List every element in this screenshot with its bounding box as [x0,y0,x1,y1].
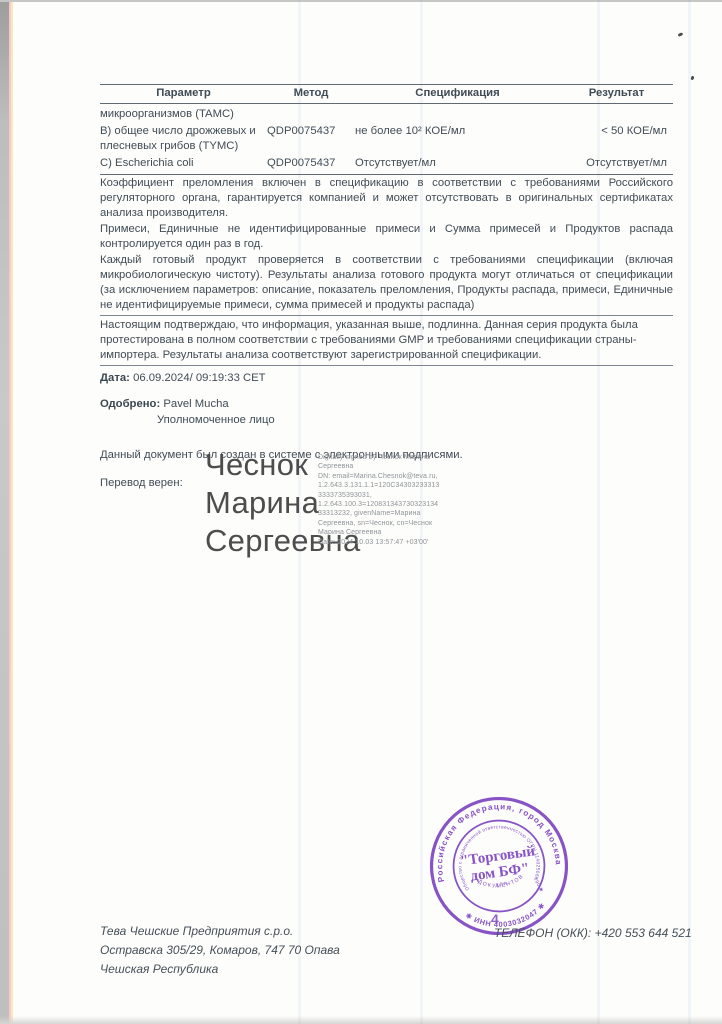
note-impurities: Примеси, Единичные не идентифицированные… [100,222,673,252]
signature-detail-line: Марина Сергеевна [318,528,460,537]
signature-detail-line: 3333735393031, [318,491,460,500]
document-page: Параметр Метод Спецификация Результат ми… [0,0,722,1024]
approver-role: Уполномоченное лицо [157,413,673,428]
company-stamp-icon: Российская Федерация, город Москва ✱ ИНН… [419,786,579,946]
footer-phone: ТЕЛЕФОН (ОКК): +420 553 644 521 [494,926,692,940]
date-line: Дата: 06.09.2024/ 09:19:33 CET [100,371,673,386]
approval-label: Одобрено: [100,398,160,410]
signature-detail-line: 1.2.643.3.131.1.1=120C34303233313 [318,481,460,490]
table-row: микроорганизмов (TAMC) [100,104,673,123]
scan-edge-bottom [0,1016,722,1024]
table-cell: не более 10² КОЕ/мл [355,123,560,155]
scan-edge-fringe-yellow [11,0,13,1024]
table-cell: микроорганизмов (TAMC) [100,104,267,123]
table-cell [560,104,673,123]
footer-street: Остравска 305/29, Комаров, 747 70 Опава [100,941,340,960]
scan-streak [688,0,691,1024]
col-header-parameter: Параметр [100,86,267,101]
stamp-page-mark: 4 [491,911,499,927]
digital-signature-details: Digitally signed by Чеснок Марина Сергее… [318,453,460,547]
table-cell [355,104,560,123]
col-header-method: Метод [267,86,355,101]
col-header-specification: Спецификация [355,86,560,101]
section-divider [100,315,673,316]
table-cell: QDP0075437 [267,123,355,155]
approval-line: Одобрено: Pavel Mucha [100,397,673,412]
signature-detail-line: Сергеевна [318,462,460,471]
note-refraction-coefficient: Коэффициент преломления включен в специф… [100,176,673,221]
table-cell: C) Escherichia coli [100,155,267,174]
signature-detail-line: Сергеевна, sn=Чеснок, cn=Чеснок [318,519,460,528]
scan-speck [690,76,694,81]
signature-detail-line: 1.2.643.100.3=120831343730323134 [318,500,460,509]
signature-detail-line: Date: 2024.10.03 13:57:47 +03'00' [318,538,460,547]
col-header-result: Результат [560,86,673,101]
qc-table: Параметр Метод Спецификация Результат ми… [100,84,673,175]
signature-detail-line: DN: email=Marina.Chesnok@teva.ru, [318,472,460,481]
table-row: C) Escherichia coli QDP0075437 Отсутству… [100,155,673,174]
signature-detail-line: Digitally signed by Чеснок Марина [318,453,460,462]
table-cell: < 50 КОЕ/мл [560,123,673,155]
document-body: Параметр Метод Спецификация Результат ми… [100,84,673,491]
approver-name: Pavel Mucha [163,398,228,410]
table-cell: B) общее число дрожжевых и плесневых гри… [100,123,267,155]
note-finished-product: Каждый готовый продукт проверяется в соо… [100,253,673,313]
footer-country: Чешская Республика [100,960,340,979]
note-confirmation: Настоящим подтверждаю, что информация, у… [100,318,673,363]
date-label: Дата: [100,372,130,384]
footer-company-name: Тева Чешские Предприятия с.р.о. [100,922,340,941]
table-cell: QDP0075437 [267,155,355,174]
footer-company-address: Тева Чешские Предприятия с.р.о. Остравск… [100,922,340,979]
table-row: B) общее число дрожжевых и плесневых гри… [100,123,673,155]
table-cell: Отсутствует/мл [560,155,673,174]
table-cell [267,104,355,123]
date-value: 06.09.2024/ 09:19:33 CET [133,372,266,384]
scan-edge-top [0,0,722,2]
signature-detail-line: 33313232, givenName=Марина [318,509,460,518]
table-header-row: Параметр Метод Спецификация Результат [100,85,673,104]
table-cell: Отсутствует/мл [355,155,560,174]
section-divider [100,365,673,366]
scan-speck [678,32,684,37]
scan-edge-shadow [0,0,9,1024]
